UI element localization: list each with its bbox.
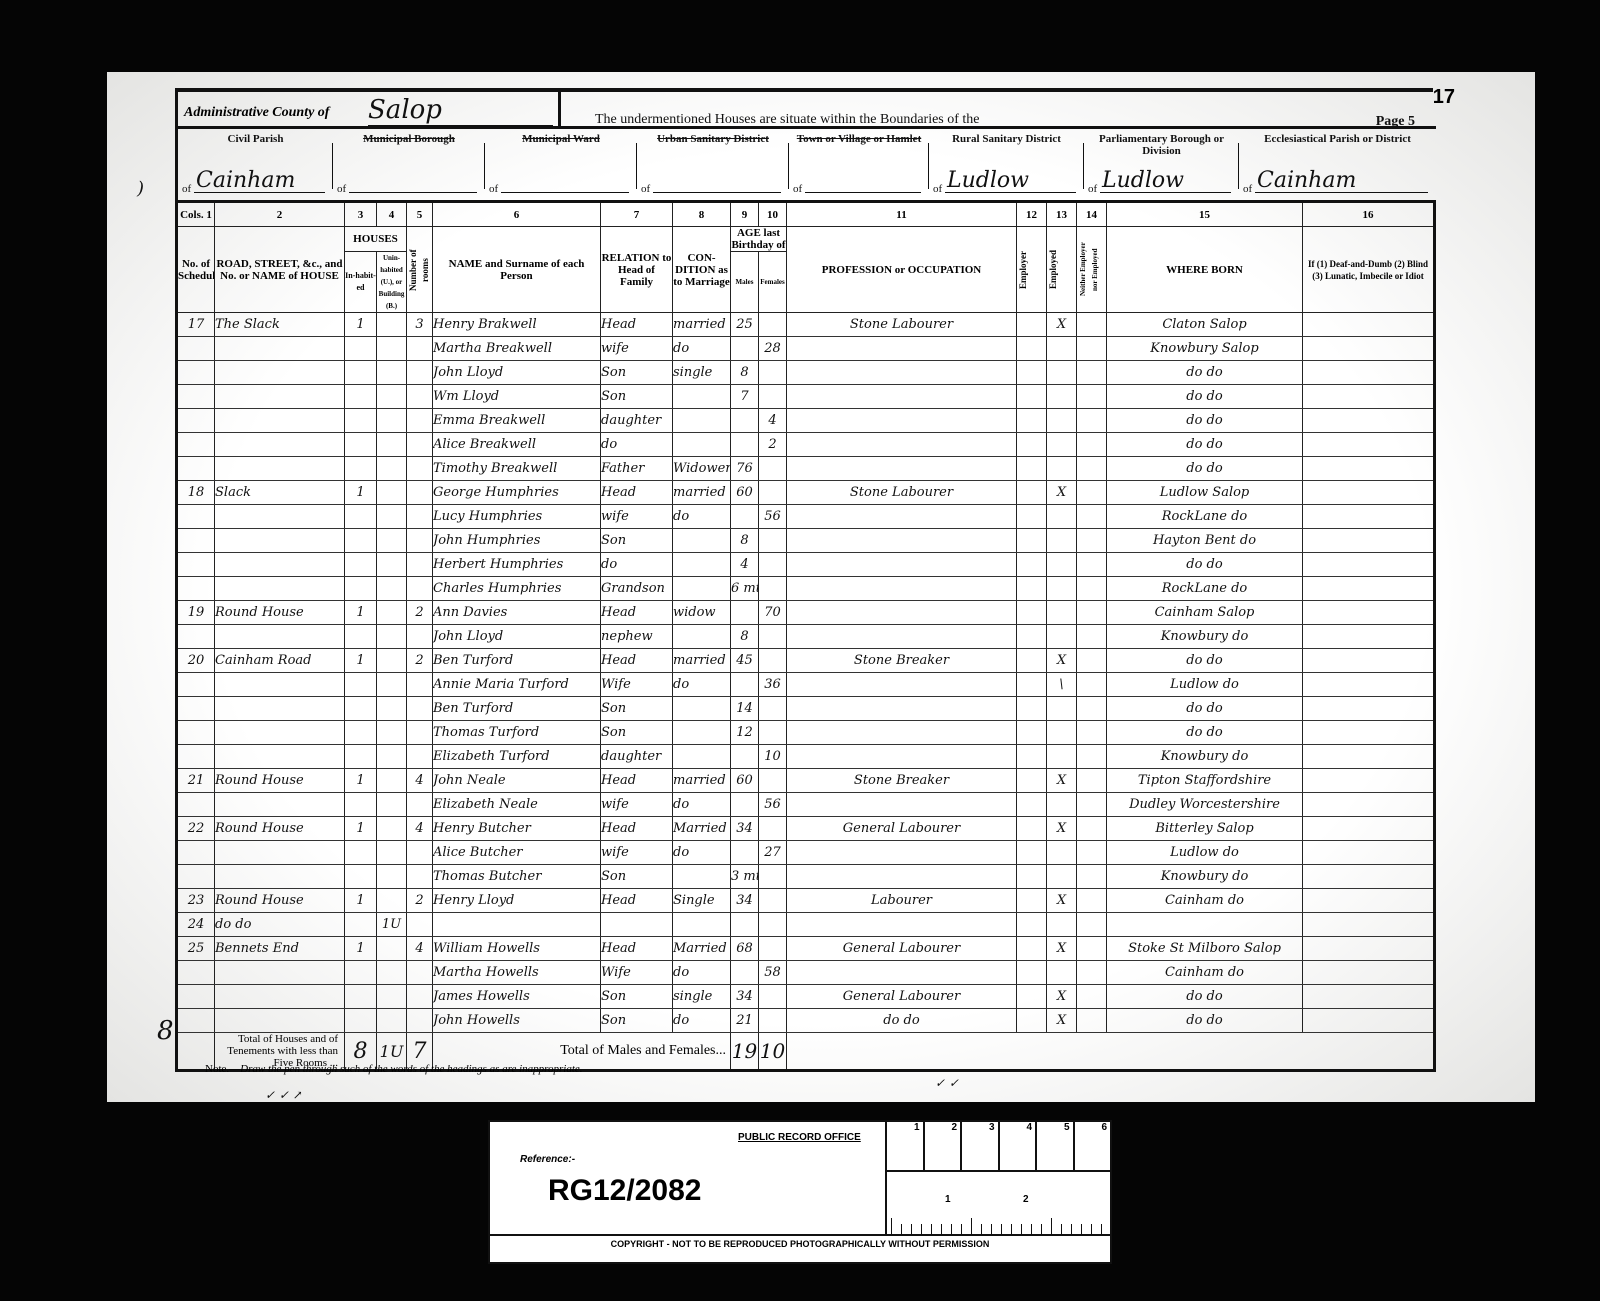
house-name (215, 505, 345, 529)
table-row: 22Round House14Henry ButcherHeadMarried3… (177, 817, 1435, 841)
inhabited (345, 433, 377, 457)
infirmity (1303, 481, 1435, 505)
rooms (407, 673, 433, 697)
ruler-cm-mark: 4 (1000, 1122, 1038, 1170)
neither (1077, 961, 1107, 985)
neither (1077, 409, 1107, 433)
birthplace: RockLane do (1107, 577, 1303, 601)
table-row: James HowellsSonsingle34General Labourer… (177, 985, 1435, 1009)
header-females: Females (759, 252, 787, 313)
age-female (759, 649, 787, 673)
condition: widow (673, 601, 731, 625)
neither (1077, 817, 1107, 841)
schedule-number (177, 625, 215, 649)
occupation: Stone Labourer (787, 313, 1017, 337)
table-row: Martha Breakwellwifedo28Knowbury Salop (177, 337, 1435, 361)
table-row: Alice Breakwelldo2do do (177, 433, 1435, 457)
employed (1047, 745, 1077, 769)
condition (673, 529, 731, 553)
age-male: 60 (731, 481, 759, 505)
occupation (787, 793, 1017, 817)
folio-number: 17 (1433, 86, 1455, 109)
age-male: 3 mths (731, 865, 759, 889)
occupation (787, 601, 1017, 625)
condition (673, 865, 731, 889)
employed (1047, 457, 1077, 481)
person-name: John Howells (433, 1009, 601, 1033)
uninhabited (377, 481, 407, 505)
occupation (787, 529, 1017, 553)
schedule-number (177, 673, 215, 697)
condition (673, 577, 731, 601)
employed: X (1047, 313, 1077, 337)
person-name: Martha Howells (433, 961, 601, 985)
schedule-number: 25 (177, 937, 215, 961)
occupation (787, 409, 1017, 433)
birthplace: do do (1107, 553, 1303, 577)
house-name (215, 433, 345, 457)
uninhabited (377, 889, 407, 913)
employed: X (1047, 481, 1077, 505)
employer (1017, 529, 1047, 553)
occupation (787, 865, 1017, 889)
uninhabited (377, 529, 407, 553)
district-label: Municipal Borough (333, 133, 485, 145)
of-label: of (793, 183, 802, 195)
district-label: Municipal Ward (485, 133, 637, 145)
rooms: 4 (407, 817, 433, 841)
employer (1017, 625, 1047, 649)
rooms (407, 961, 433, 985)
house-name (215, 625, 345, 649)
condition (673, 913, 731, 937)
infirmity (1303, 337, 1435, 361)
person-name: Thomas Butcher (433, 865, 601, 889)
column-number: 2 (215, 202, 345, 227)
employer (1017, 601, 1047, 625)
schedule-number: 22 (177, 817, 215, 841)
condition (673, 745, 731, 769)
house-name (215, 793, 345, 817)
county-value: Salop (368, 95, 553, 126)
employed (1047, 553, 1077, 577)
inhabited (345, 745, 377, 769)
age-male: 34 (731, 985, 759, 1009)
age-male (731, 505, 759, 529)
inhabited (345, 577, 377, 601)
neither (1077, 577, 1107, 601)
schedule-number (177, 1009, 215, 1033)
inhabited (345, 697, 377, 721)
infirmity (1303, 385, 1435, 409)
employer (1017, 409, 1047, 433)
condition: do (673, 505, 731, 529)
relation: do (601, 553, 673, 577)
occupation (787, 457, 1017, 481)
table-row: Timothy BreakwellFatherWidower76do do (177, 457, 1435, 481)
table-row: Thomas ButcherSon3 mthsKnowbury do (177, 865, 1435, 889)
inhabited: 1 (345, 817, 377, 841)
condition: Widower (673, 457, 731, 481)
inhabited (345, 673, 377, 697)
neither (1077, 1009, 1107, 1033)
uninhabited (377, 961, 407, 985)
house-name (215, 721, 345, 745)
schedule-number: 24 (177, 913, 215, 937)
relation: nephew (601, 625, 673, 649)
rooms (407, 337, 433, 361)
condition: do (673, 793, 731, 817)
header-age: AGE last Birthday of (731, 227, 787, 252)
inhabited (345, 529, 377, 553)
column-number: 16 (1303, 202, 1435, 227)
district-municipal-ward: Municipal Wardof (485, 133, 637, 199)
rooms (407, 505, 433, 529)
employer (1017, 649, 1047, 673)
birthplace: Knowbury do (1107, 625, 1303, 649)
header-inhabited: In-habit-ed (345, 252, 377, 313)
occupation (787, 337, 1017, 361)
person-name: Lucy Humphries (433, 505, 601, 529)
house-name (215, 361, 345, 385)
neither (1077, 481, 1107, 505)
employed (1047, 601, 1077, 625)
person-name: Wm Lloyd (433, 385, 601, 409)
inhabited (345, 865, 377, 889)
copyright-notice: COPYRIGHT - NOT TO BE REPRODUCED PHOTOGR… (490, 1234, 1110, 1249)
rooms: 2 (407, 889, 433, 913)
rooms: 2 (407, 601, 433, 625)
office-name: PUBLIC RECORD OFFICE (738, 1132, 861, 1143)
of-label: of (641, 183, 650, 195)
age-female (759, 577, 787, 601)
employed (1047, 433, 1077, 457)
infirmity (1303, 625, 1435, 649)
infirmity (1303, 313, 1435, 337)
schedule-number: 17 (177, 313, 215, 337)
person-name: Ann Davies (433, 601, 601, 625)
age-male: 8 (731, 361, 759, 385)
birthplace (1107, 913, 1303, 937)
employer (1017, 481, 1047, 505)
column-number: 4 (377, 202, 407, 227)
infirmity (1303, 697, 1435, 721)
uninhabited (377, 649, 407, 673)
house-name (215, 985, 345, 1009)
relation: Head (601, 649, 673, 673)
relation: wife (601, 793, 673, 817)
reference-label: Reference:- (520, 1154, 575, 1165)
neither (1077, 985, 1107, 1009)
ruler-cm-mark: 3 (962, 1122, 1000, 1170)
neither (1077, 697, 1107, 721)
employed (1047, 793, 1077, 817)
age-female: 27 (759, 841, 787, 865)
relation: Head (601, 817, 673, 841)
scale-ruler: 123456 12 (885, 1122, 1112, 1234)
infirmity (1303, 937, 1435, 961)
condition: Married (673, 817, 731, 841)
age-female: 4 (759, 409, 787, 433)
employed (1047, 913, 1077, 937)
district-row: Civil ParishofCainhamMunicipal Boroughof… (175, 126, 1436, 201)
district-label: Rural Sanitary District (929, 133, 1084, 145)
birthplace: Knowbury do (1107, 865, 1303, 889)
relation: Son (601, 865, 673, 889)
age-female (759, 865, 787, 889)
age-female: 28 (759, 337, 787, 361)
employed (1047, 529, 1077, 553)
age-female (759, 385, 787, 409)
of-label: of (489, 183, 498, 195)
table-row: Emma Breakwelldaughter4do do (177, 409, 1435, 433)
age-female: 2 (759, 433, 787, 457)
occupation (787, 433, 1017, 457)
occupation: Stone Breaker (787, 649, 1017, 673)
occupation: do do (787, 1009, 1017, 1033)
header-where-born: WHERE BORN (1107, 227, 1303, 313)
birthplace: Claton Salop (1107, 313, 1303, 337)
relation: Head (601, 313, 673, 337)
inhabited (345, 553, 377, 577)
neither (1077, 505, 1107, 529)
district-label: Parliamentary Borough or Division (1084, 133, 1239, 157)
header-uninhabited: Unin-habited (U.), or Building (B.) (377, 252, 407, 313)
house-name (215, 961, 345, 985)
schedule-number (177, 745, 215, 769)
person-name: Charles Humphries (433, 577, 601, 601)
total-males: 19 (731, 1033, 759, 1071)
schedule-number (177, 457, 215, 481)
neither (1077, 361, 1107, 385)
neither (1077, 721, 1107, 745)
rooms (407, 745, 433, 769)
inhabited: 1 (345, 481, 377, 505)
table-row: John HowellsSondo21do doXdo do (177, 1009, 1435, 1033)
person-name: Herbert Humphries (433, 553, 601, 577)
inhabited (345, 1009, 377, 1033)
house-name (215, 529, 345, 553)
neither (1077, 313, 1107, 337)
birthplace: do do (1107, 649, 1303, 673)
birthplace: do do (1107, 361, 1303, 385)
rooms (407, 865, 433, 889)
employer (1017, 745, 1047, 769)
employer (1017, 817, 1047, 841)
house-name (215, 841, 345, 865)
neither (1077, 337, 1107, 361)
infirmity (1303, 841, 1435, 865)
occupation (787, 697, 1017, 721)
rooms (407, 529, 433, 553)
of-label: of (182, 183, 191, 195)
occupation (787, 505, 1017, 529)
column-number: Cols. 1 (177, 202, 215, 227)
occupation (787, 673, 1017, 697)
house-name (215, 385, 345, 409)
relation: wife (601, 505, 673, 529)
header-name: NAME and Surname of each Person (433, 227, 601, 313)
employer (1017, 361, 1047, 385)
age-female (759, 889, 787, 913)
infirmity (1303, 457, 1435, 481)
uninhabited (377, 505, 407, 529)
infirmity (1303, 433, 1435, 457)
reference-number: RG12/2082 (548, 1174, 701, 1208)
schedule-number (177, 697, 215, 721)
relation: Son (601, 1009, 673, 1033)
condition: Single (673, 889, 731, 913)
birthplace: Dudley Worcestershire (1107, 793, 1303, 817)
age-female (759, 625, 787, 649)
relation: daughter (601, 745, 673, 769)
table-row: Martha HowellsWifedo58Cainham do (177, 961, 1435, 985)
age-male: 34 (731, 889, 759, 913)
reference-slip: PUBLIC RECORD OFFICE Reference:- RG12/20… (488, 1120, 1112, 1264)
age-female (759, 817, 787, 841)
house-name: Round House (215, 889, 345, 913)
age-male (731, 793, 759, 817)
district-value: Ludlow (947, 168, 1029, 193)
neither (1077, 385, 1107, 409)
inhabited (345, 337, 377, 361)
condition: Married (673, 937, 731, 961)
uninhabited (377, 457, 407, 481)
inhabited: 1 (345, 313, 377, 337)
inhabited (345, 625, 377, 649)
inhabited (345, 985, 377, 1009)
uninhabited (377, 985, 407, 1009)
neither (1077, 937, 1107, 961)
age-female (759, 553, 787, 577)
relation: Head (601, 481, 673, 505)
birthplace: Ludlow do (1107, 841, 1303, 865)
table-row: Lucy Humphrieswifedo56RockLane do (177, 505, 1435, 529)
condition: do (673, 961, 731, 985)
schedule-number (177, 505, 215, 529)
inhabited (345, 457, 377, 481)
column-number: 13 (1047, 202, 1077, 227)
header-rooms: Number of rooms occupied if less than fi… (407, 227, 433, 313)
person-name: Timothy Breakwell (433, 457, 601, 481)
birthplace: do do (1107, 409, 1303, 433)
condition: do (673, 841, 731, 865)
birthplace: Ludlow do (1107, 673, 1303, 697)
relation: Son (601, 721, 673, 745)
occupation: General Labourer (787, 937, 1017, 961)
census-table: Cols. 12345678910111213141516 No. of Sch… (175, 200, 1436, 1072)
relation: wife (601, 841, 673, 865)
employer (1017, 505, 1047, 529)
person-name: Henry Lloyd (433, 889, 601, 913)
column-number: 5 (407, 202, 433, 227)
employed (1047, 409, 1077, 433)
occupation (787, 553, 1017, 577)
inhabited (345, 409, 377, 433)
rooms (407, 433, 433, 457)
employed: X (1047, 937, 1077, 961)
inhabited (345, 841, 377, 865)
occupation (787, 385, 1017, 409)
table-row: John Lloydnephew8Knowbury do (177, 625, 1435, 649)
district-value: Ludlow (1102, 168, 1184, 193)
infirmity (1303, 721, 1435, 745)
district-label: Civil Parish (178, 133, 333, 145)
inhabited: 1 (345, 601, 377, 625)
person-name: Annie Maria Turford (433, 673, 601, 697)
inhabited (345, 385, 377, 409)
column-number: 7 (601, 202, 673, 227)
employed (1047, 577, 1077, 601)
of-label: of (1243, 183, 1252, 195)
inhabited (345, 913, 377, 937)
neither (1077, 529, 1107, 553)
table-row: 25Bennets End14William HowellsHeadMarrie… (177, 937, 1435, 961)
person-name: George Humphries (433, 481, 601, 505)
rooms (407, 625, 433, 649)
infirmity (1303, 793, 1435, 817)
header-employer: Employer (1017, 227, 1047, 313)
condition: single (673, 361, 731, 385)
occupation: Stone Breaker (787, 769, 1017, 793)
age-male (731, 745, 759, 769)
age-male (731, 961, 759, 985)
schedule-number (177, 841, 215, 865)
rooms (407, 457, 433, 481)
of-label: of (933, 183, 942, 195)
neither (1077, 673, 1107, 697)
uninhabited (377, 625, 407, 649)
uninhabited (377, 841, 407, 865)
age-female (759, 529, 787, 553)
uninhabited (377, 409, 407, 433)
schedule-number (177, 865, 215, 889)
schedule-number: 19 (177, 601, 215, 625)
age-female: 70 (759, 601, 787, 625)
age-male: 45 (731, 649, 759, 673)
employer (1017, 841, 1047, 865)
table-row: 23Round House12Henry LloydHeadSingle34La… (177, 889, 1435, 913)
uninhabited (377, 577, 407, 601)
relation: Son (601, 529, 673, 553)
margin-count: 8 (157, 1016, 174, 1046)
schedule-number (177, 721, 215, 745)
header-employed: Employed (1047, 227, 1077, 313)
schedule-number: 23 (177, 889, 215, 913)
employed (1047, 625, 1077, 649)
district-rural-sanitary-district: Rural Sanitary DistrictofLudlow (929, 133, 1084, 199)
column-number: 11 (787, 202, 1017, 227)
rooms (407, 697, 433, 721)
person-name: Henry Brakwell (433, 313, 601, 337)
relation: Grandson (601, 577, 673, 601)
birthplace: Knowbury do (1107, 745, 1303, 769)
relation: Son (601, 385, 673, 409)
county-label: Administrative County of (184, 105, 329, 121)
inhabited (345, 361, 377, 385)
person-name: Ben Turford (433, 649, 601, 673)
relation: Wife (601, 673, 673, 697)
employed: X (1047, 817, 1077, 841)
birthplace: do do (1107, 985, 1303, 1009)
condition: do (673, 1009, 731, 1033)
person-name: Martha Breakwell (433, 337, 601, 361)
person-name: Ben Turford (433, 697, 601, 721)
infirmity (1303, 673, 1435, 697)
age-female (759, 721, 787, 745)
uninhabited (377, 817, 407, 841)
uninhabited (377, 601, 407, 625)
